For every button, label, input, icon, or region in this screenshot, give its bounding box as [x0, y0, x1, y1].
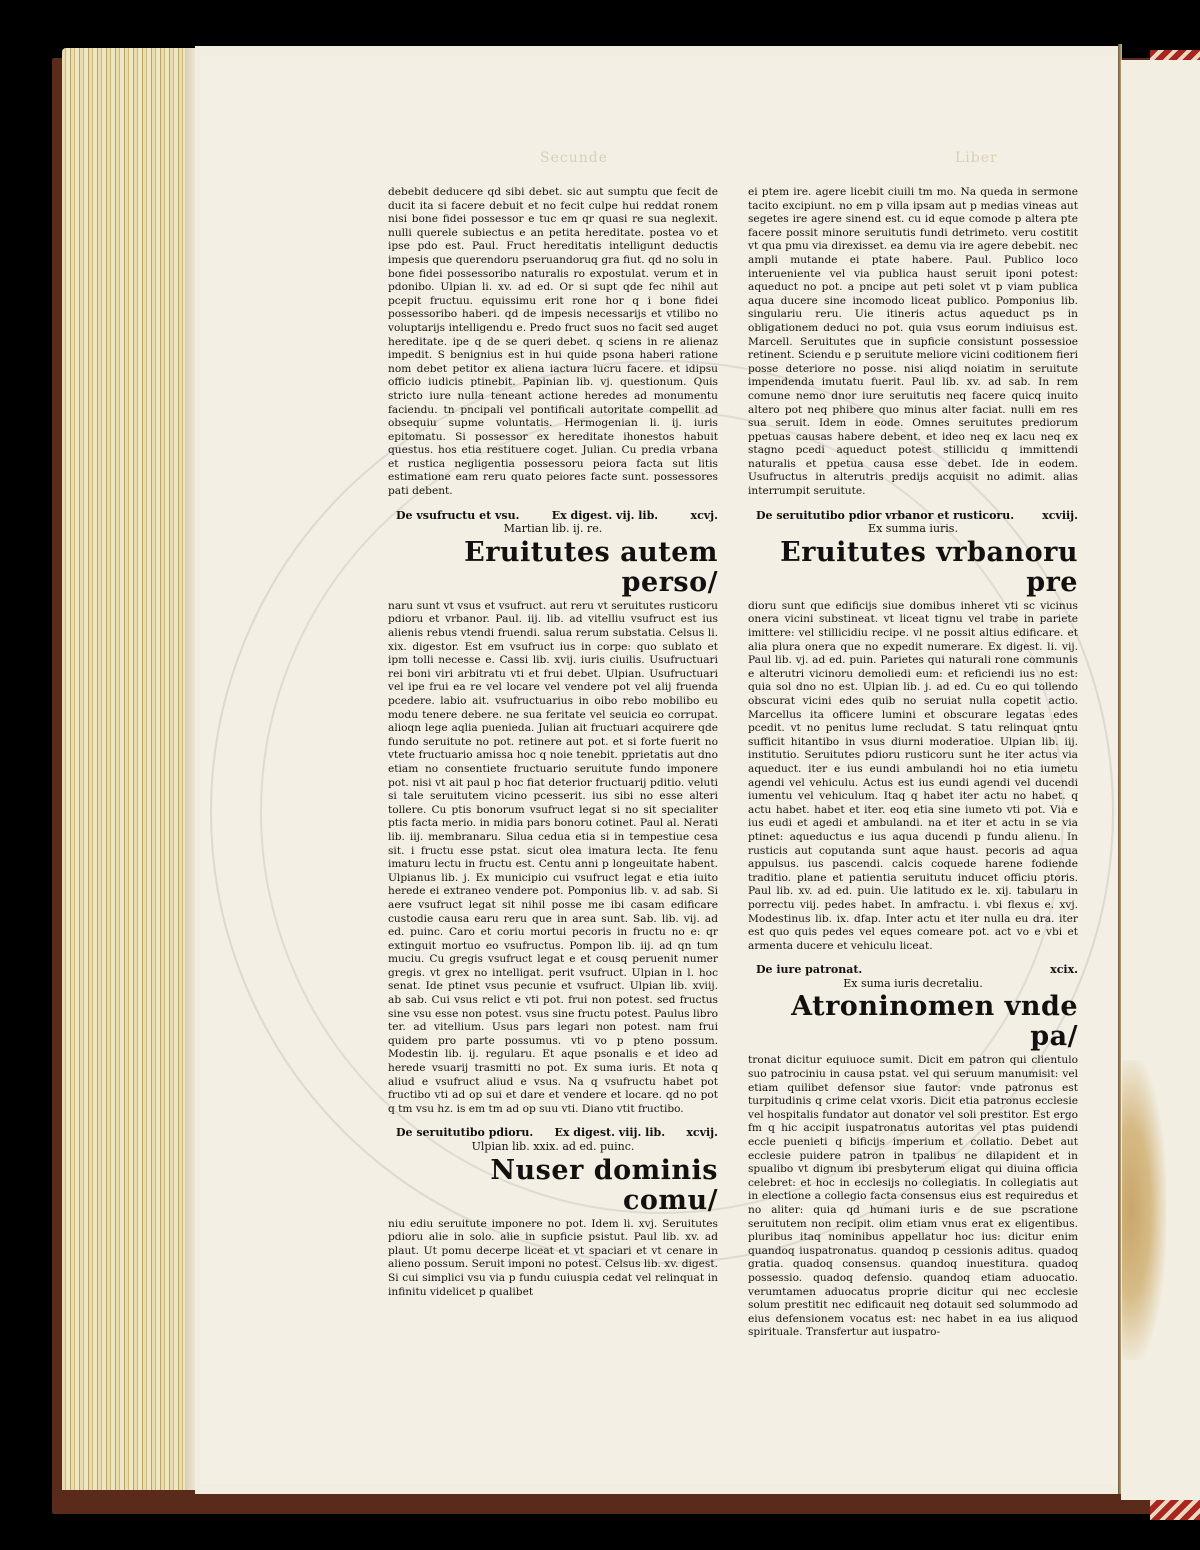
- section-heading: Nuser dominis comu/: [388, 1156, 718, 1216]
- rubric-number: xcvij.: [686, 1126, 718, 1140]
- rubric-title: De iure patronat.: [756, 963, 862, 977]
- running-head-right: Liber: [955, 150, 998, 166]
- rubric-source: Ex digest. vij. lib.: [552, 509, 658, 523]
- water-stain: [1122, 1060, 1166, 1360]
- rubric-subsource: Ex suma iuris decretaliu.: [748, 977, 1078, 991]
- running-head-left: Secunde: [540, 150, 608, 166]
- rubric-title: De seruitutibo pdior vrbanor et rusticor…: [756, 509, 1014, 523]
- rubric-number: xcviij.: [1042, 509, 1078, 523]
- paragraph: tronat dicitur equiuoce sumit. Dicit em …: [748, 1054, 1078, 1339]
- paragraph: dioru sunt que edificijs siue domibus in…: [748, 600, 1078, 953]
- rubric-number: xcix.: [1050, 963, 1078, 977]
- text-column-right: ei ptem ire. agere licebit ciuili tm mo.…: [748, 186, 1078, 1346]
- rubric-title: De vsufructu et vsu.: [396, 509, 519, 523]
- section-heading: Eruitutes autem perso/: [388, 538, 718, 598]
- paragraph: debebit deducere qd sibi debet. sic aut …: [388, 186, 718, 499]
- rubric-subsource: Ulpian lib. xxix. ad ed. puinc.: [388, 1140, 718, 1154]
- section-rubric: De seruitutibo pdior vrbanor et rusticor…: [756, 509, 1078, 523]
- rubric-subsource: Ex summa iuris.: [748, 522, 1078, 536]
- section-rubric: De seruitutibo pdioru. Ex digest. viij. …: [396, 1126, 718, 1140]
- section-rubric: De iure patronat. xcix.: [756, 963, 1078, 977]
- section-rubric: De vsufructu et vsu. Ex digest. vij. lib…: [396, 509, 718, 523]
- paragraph: niu ediu seruitute imponere no pot. Idem…: [388, 1218, 718, 1300]
- rubric-number: xcvj.: [691, 509, 718, 523]
- paragraph: ei ptem ire. agere licebit ciuili tm mo.…: [748, 186, 1078, 499]
- rubric-source: Ex digest. viij. lib.: [555, 1126, 666, 1140]
- rubric-title: De seruitutibo pdioru.: [396, 1126, 533, 1140]
- section-heading: Eruitutes vrbanoru pre: [748, 538, 1078, 598]
- fore-edge-pages: [62, 48, 192, 1490]
- section-heading: Atroninomen vnde pa/: [748, 992, 1078, 1052]
- rubric-subsource: Martian lib. ij. re.: [388, 522, 718, 536]
- paragraph: naru sunt vt vsus et vsufruct. aut reru …: [388, 600, 718, 1117]
- text-column-left: debebit deducere qd sibi debet. sic aut …: [388, 186, 718, 1305]
